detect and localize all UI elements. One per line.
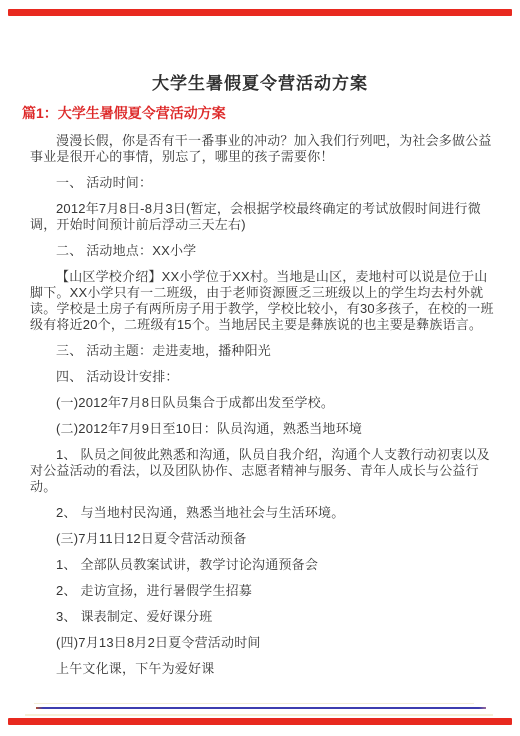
document-title: 大学生暑假夏令营活动方案 bbox=[22, 69, 498, 94]
paragraph: 一、 活动时间： bbox=[30, 175, 498, 191]
paragraph: 2012年7月8日-8月3日(暂定，会根据学校最终确定的考试放假时间进行微调，开… bbox=[30, 201, 498, 233]
paragraph: (三)7月11日12日夏令营活动预备 bbox=[30, 531, 498, 547]
paragraph: (四)7月13日8月2日夏令营活动时间 bbox=[30, 635, 498, 651]
paragraph: 【山区学校介绍】XX小学位于XX村。当地是山区，麦地村可以说是位于山脚下。XX小… bbox=[30, 269, 498, 333]
paragraph: 二、 活动地点：XX小学 bbox=[30, 243, 498, 259]
paragraph: 三、 活动主题：走进麦地，播种阳光 bbox=[30, 343, 498, 359]
section-heading: 篇1：大学生暑假夏令营活动方案 bbox=[22, 103, 498, 123]
paragraph: 2、 走访宣扬，进行暑假学生招募 bbox=[30, 583, 498, 599]
paragraph: (一)2012年7月8日队员集合于成都出发至学校。 bbox=[30, 395, 498, 411]
document-body: 漫漫长假，你是否有干一番事业的冲动？加入我们行列吧，为社会多做公益事业是很开心的… bbox=[22, 133, 498, 677]
paragraph: 四、 活动设计安排： bbox=[30, 369, 498, 385]
paragraph: 1、 全部队员教案试讲，教学讨论沟通预备会 bbox=[30, 557, 498, 573]
paragraph: 上午文化课，下午为爱好课 bbox=[30, 661, 498, 677]
paragraph: 漫漫长假，你是否有干一番事业的冲动？加入我们行列吧，为社会多做公益事业是很开心的… bbox=[30, 133, 498, 165]
top-edge-bar bbox=[8, 9, 512, 16]
footer-divider-line bbox=[36, 707, 486, 709]
paragraph: 3、 课表制定、爱好课分班 bbox=[30, 609, 498, 625]
footer-divider-cream-top bbox=[34, 703, 474, 704]
footer-divider-cream-bottom bbox=[25, 714, 493, 716]
paragraph: 2、 与当地村民沟通，熟悉当地社会与生活环境。 bbox=[30, 505, 498, 521]
paragraph: (二)2012年7月9日至10日：队员沟通，熟悉当地环境 bbox=[30, 421, 498, 437]
paragraph: 1、 队员之间彼此熟悉和沟通，队员自我介绍，沟通个人支教行动初衷以及对公益活动的… bbox=[30, 447, 498, 495]
bottom-edge-bar bbox=[8, 718, 512, 725]
document-page: 大学生暑假夏令营活动方案 篇1：大学生暑假夏令营活动方案 漫漫长假，你是否有干一… bbox=[0, 0, 520, 736]
document-content: 大学生暑假夏令营活动方案 篇1：大学生暑假夏令营活动方案 漫漫长假，你是否有干一… bbox=[0, 69, 520, 677]
